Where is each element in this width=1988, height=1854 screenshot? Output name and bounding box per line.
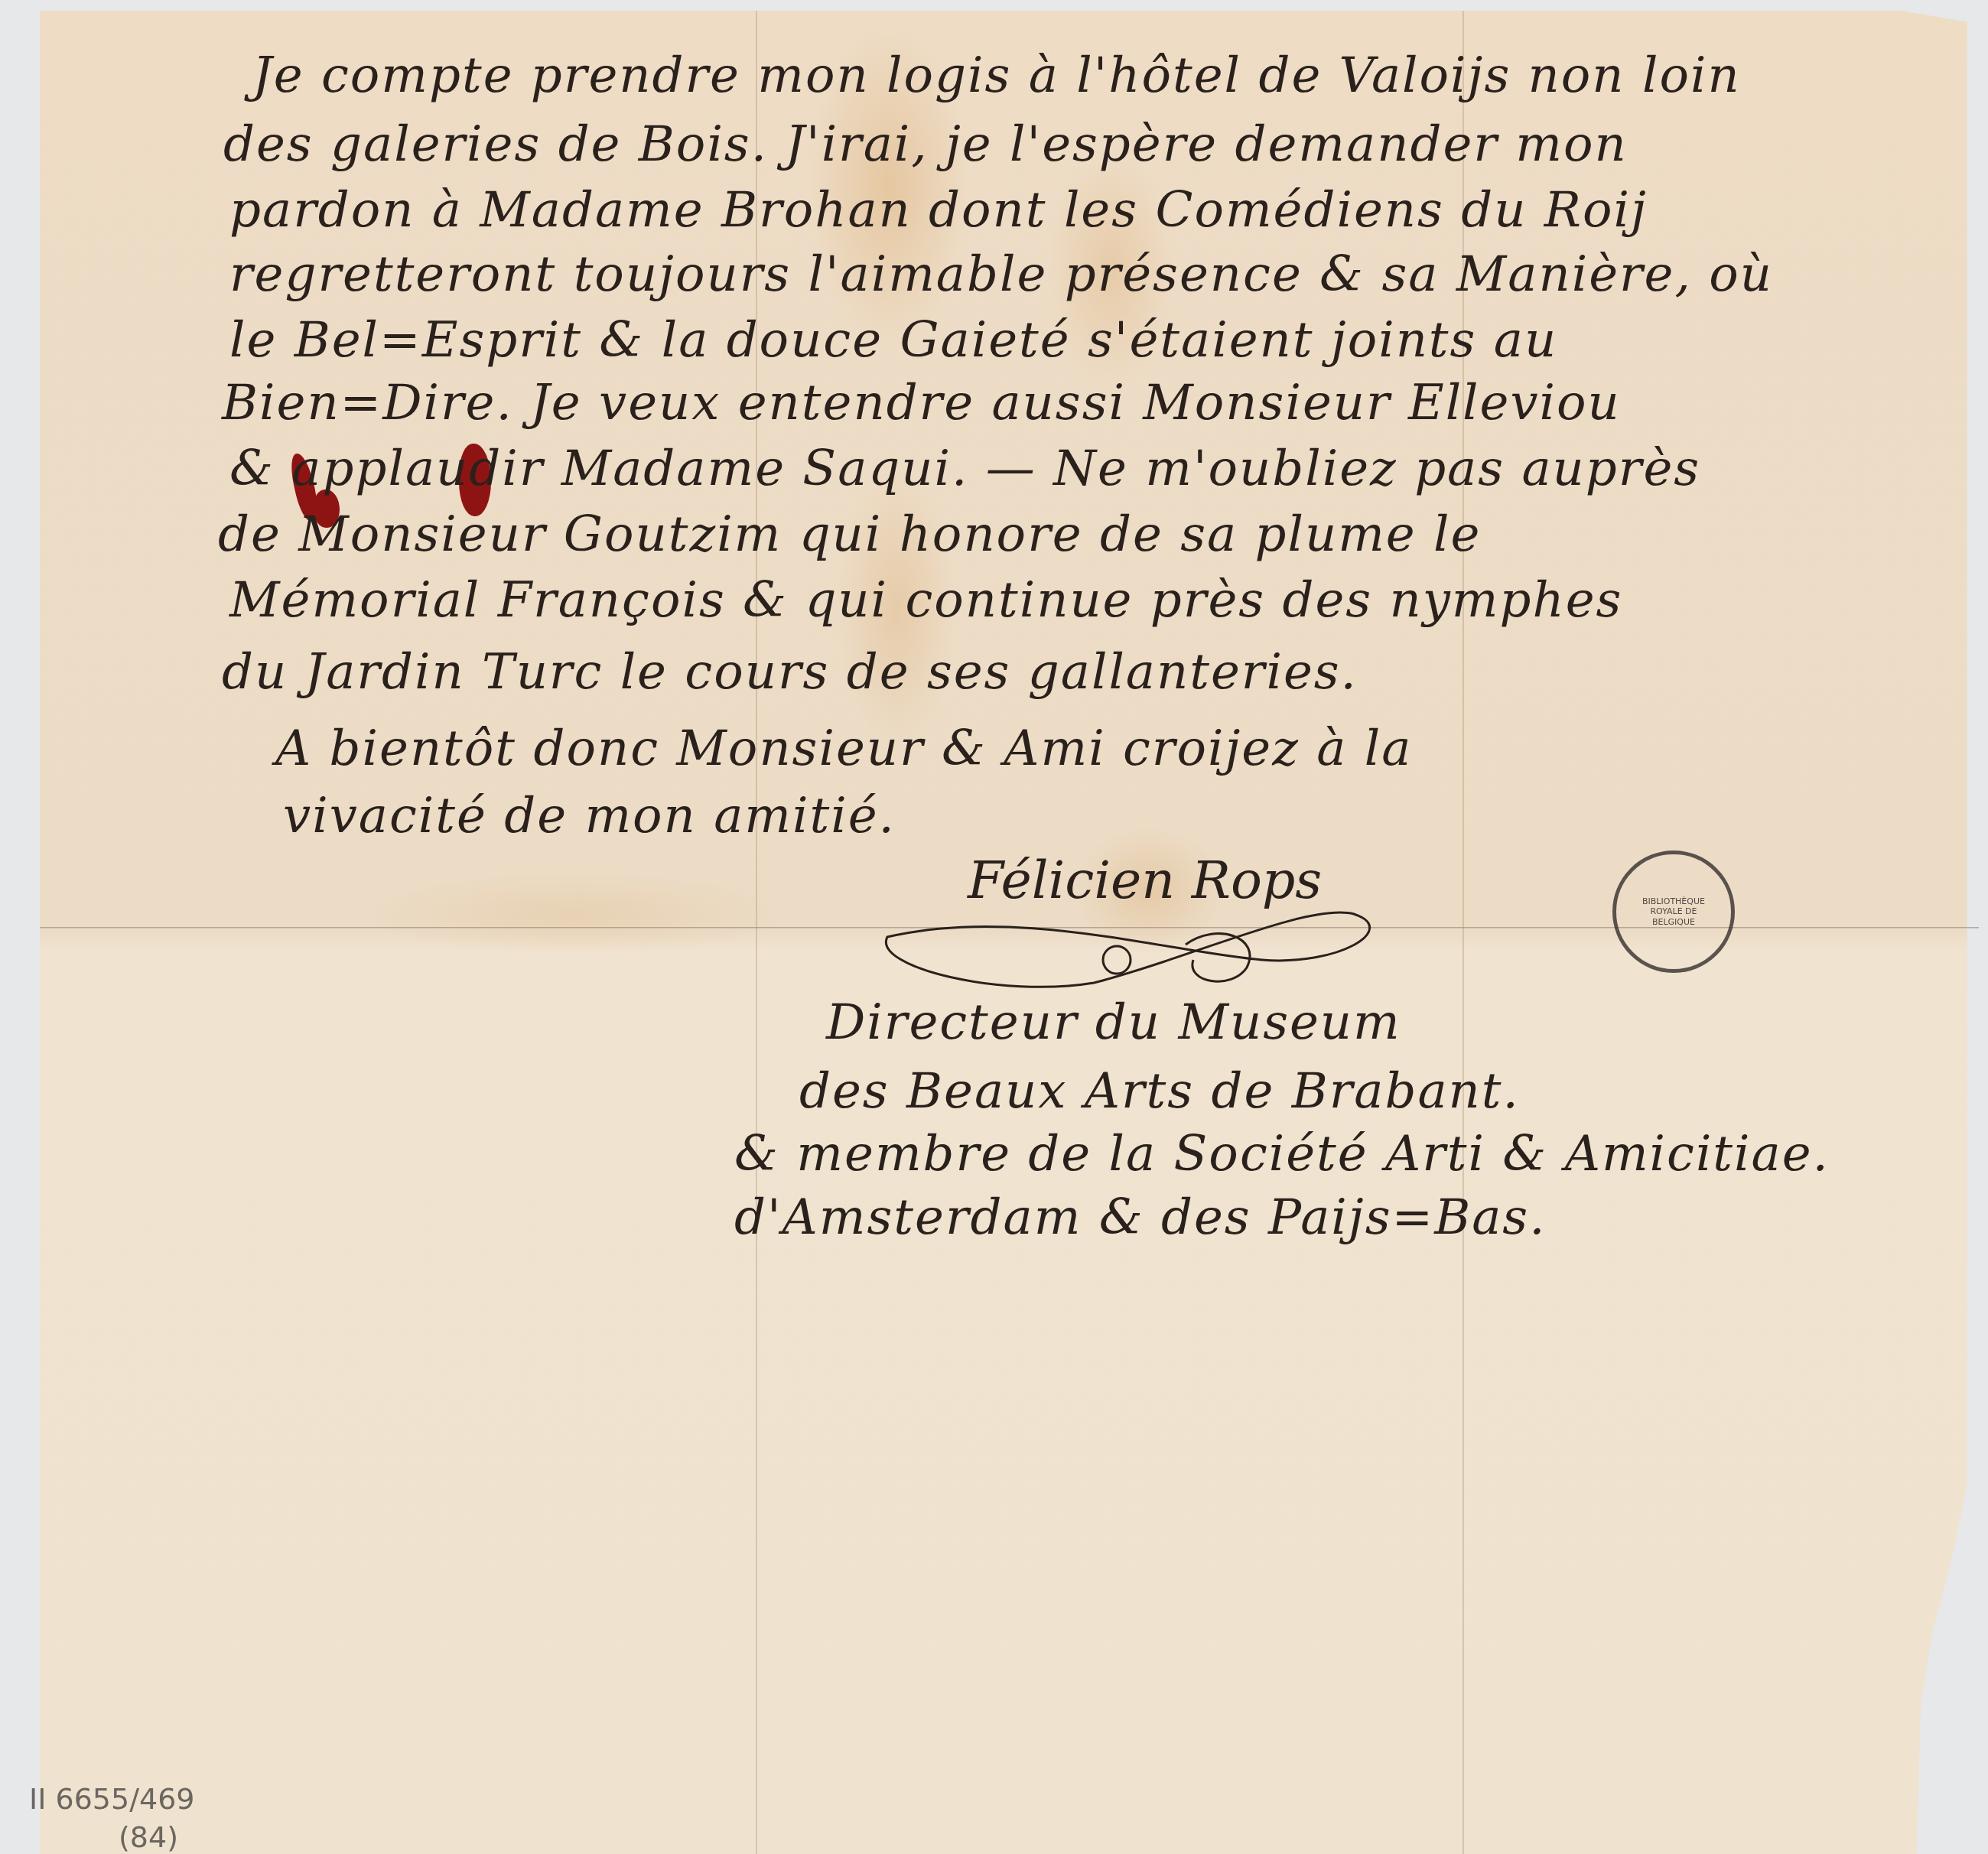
library-stamp: BIBLIOTHÈQUE ROYALE DE BELGIQUE [1612, 851, 1735, 973]
signature-flourish-icon [864, 906, 1415, 990]
body-line: regretteront toujours l'aimable présence… [229, 246, 1773, 303]
body-line: de Monsieur Goutzim qui honore de sa plu… [218, 506, 1481, 563]
title-line: Directeur du Museum [826, 994, 1401, 1051]
body-line: du Jardin Turc le cours de ses gallanter… [222, 644, 1358, 701]
archive-mark-line2: (84) [119, 1820, 178, 1854]
stamp-text: BIBLIOTHÈQUE ROYALE DE BELGIQUE [1632, 896, 1716, 927]
body-line: Je compte prendre mon logis à l'hôtel de… [252, 47, 1741, 104]
body-line: Bien=Dire. Je veux entendre aussi Monsie… [222, 375, 1621, 431]
body-line: Mémorial François & qui continue près de… [229, 572, 1622, 629]
body-line: des galeries de Bois. J'irai, je l'espèr… [223, 116, 1628, 173]
title-line: des Beaux Arts de Brabant. [799, 1063, 1520, 1120]
body-line: le Bel=Esprit & la douce Gaieté s'étaien… [229, 312, 1557, 369]
archive-mark-line1: II 6655/469 [29, 1782, 195, 1816]
body-line: pardon à Madame Brohan dont les Comédien… [229, 182, 1648, 239]
body-line: & applaudir Madame Saqui. — Ne m'oubliez… [229, 441, 1700, 497]
title-line: d'Amsterdam & des Paijs=Bas. [734, 1189, 1547, 1246]
closing-line: vivacité de mon amitié. [283, 788, 896, 844]
signature: Félicien Rops [968, 851, 1322, 911]
title-line: & membre de la Société Arti & Amicitiae. [734, 1126, 1830, 1182]
closing-line: A bientôt donc Monsieur & Ami croijez à … [275, 720, 1412, 777]
